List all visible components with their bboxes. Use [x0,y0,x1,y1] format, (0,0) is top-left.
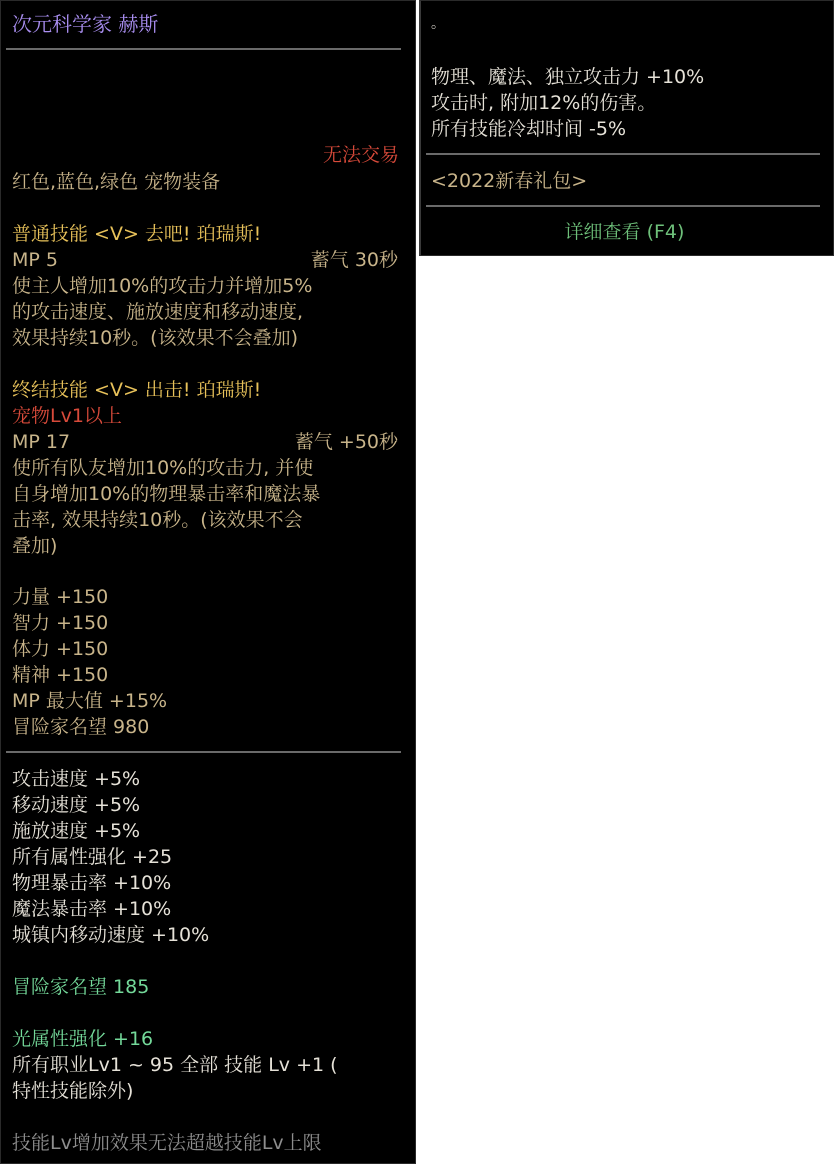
stats-divider [6,751,401,753]
skill-normal-header: 普通技能 <V> 去吧! 珀瑞斯! [12,221,261,247]
bonus-magic-crit: 魔法暴击率 +10% [12,896,171,922]
item-source: <2022新春礼包> [431,168,587,194]
bonus-town-move-speed: 城镇内移动速度 +10% [12,922,209,948]
skill-normal-desc-3: 效果持续10秒。(该效果不会叠加) [12,325,298,351]
light-enhance: 光属性强化 +16 [12,1026,153,1052]
stat-spirit: 精神 +150 [12,662,108,688]
item-tooltip-main: 次元科学家 赫斯 无法交易 红色,蓝色,绿色 宠物装备 普通技能 <V> 去吧!… [0,0,416,1164]
stat-max-mp: MP 最大值 +15% [12,688,167,714]
effect-cooldown: 所有技能冷却时间 -5% [431,116,626,142]
fame-bonus: 冒险家名望 185 [12,974,149,1000]
bonus-attack-speed: 攻击速度 +5% [12,766,140,792]
skill-level-2: 特性技能除外) [12,1078,133,1104]
skill-normal-mp: MP 5 [12,247,58,273]
skill-final-desc-3: 击率, 效果持续10秒。(该效果不会 [12,507,303,533]
item-tooltip-continued: 。 物理、魔法、独立攻击力 +10% 攻击时, 附加12%的伤害。 所有技能冷却… [419,0,834,256]
skill-final-desc-2: 自身增加10%的物理暴击率和魔法暴 [12,481,320,507]
stat-intelligence: 智力 +150 [12,610,108,636]
item-name: 次元科学家 赫斯 [12,11,158,37]
skill-limit-note: 技能Lv增加效果无法超越技能Lv上限 [12,1130,322,1156]
skill-final-desc-1: 使所有队友增加10%的攻击力, 并使 [12,455,313,481]
skill-final-header: 终结技能 <V> 出击! 珀瑞斯! [12,377,261,403]
trade-status: 无法交易 [323,142,399,168]
stat-strength: 力量 +150 [12,584,108,610]
skill-normal-desc-1: 使主人增加10%的攻击力并增加5% [12,273,312,299]
skill-normal-desc-2: 的攻击速度、施放速度和移动速度, [12,299,303,325]
source-divider [426,205,820,207]
bonus-phys-crit: 物理暴击率 +10% [12,870,171,896]
detail-view-button[interactable]: 详细查看 (F4) [421,219,828,245]
stat-vitality: 体力 +150 [12,636,108,662]
title-divider [6,48,401,50]
stat-fame: 冒险家名望 980 [12,714,149,740]
skill-final-mp: MP 17 [12,429,70,455]
effect-attack-power: 物理、魔法、独立攻击力 +10% [431,64,704,90]
effects-divider [426,153,820,155]
overflow-punctuation: 。 [431,11,445,37]
bonus-move-speed: 移动速度 +5% [12,792,140,818]
item-category: 红色,蓝色,绿色 宠物装备 [12,169,220,195]
bonus-all-element: 所有属性强化 +25 [12,844,172,870]
skill-final-desc-4: 叠加) [12,533,57,559]
skill-normal-charge: 蓄气 30秒 [311,247,398,273]
bonus-cast-speed: 施放速度 +5% [12,818,140,844]
skill-level-1: 所有职业Lv1 ~ 95 全部 技能 Lv +1 ( [12,1052,338,1078]
skill-final-charge: 蓄气 +50秒 [295,429,398,455]
effect-extra-damage: 攻击时, 附加12%的伤害。 [431,90,656,116]
skill-final-requirement: 宠物Lv1以上 [12,403,122,429]
